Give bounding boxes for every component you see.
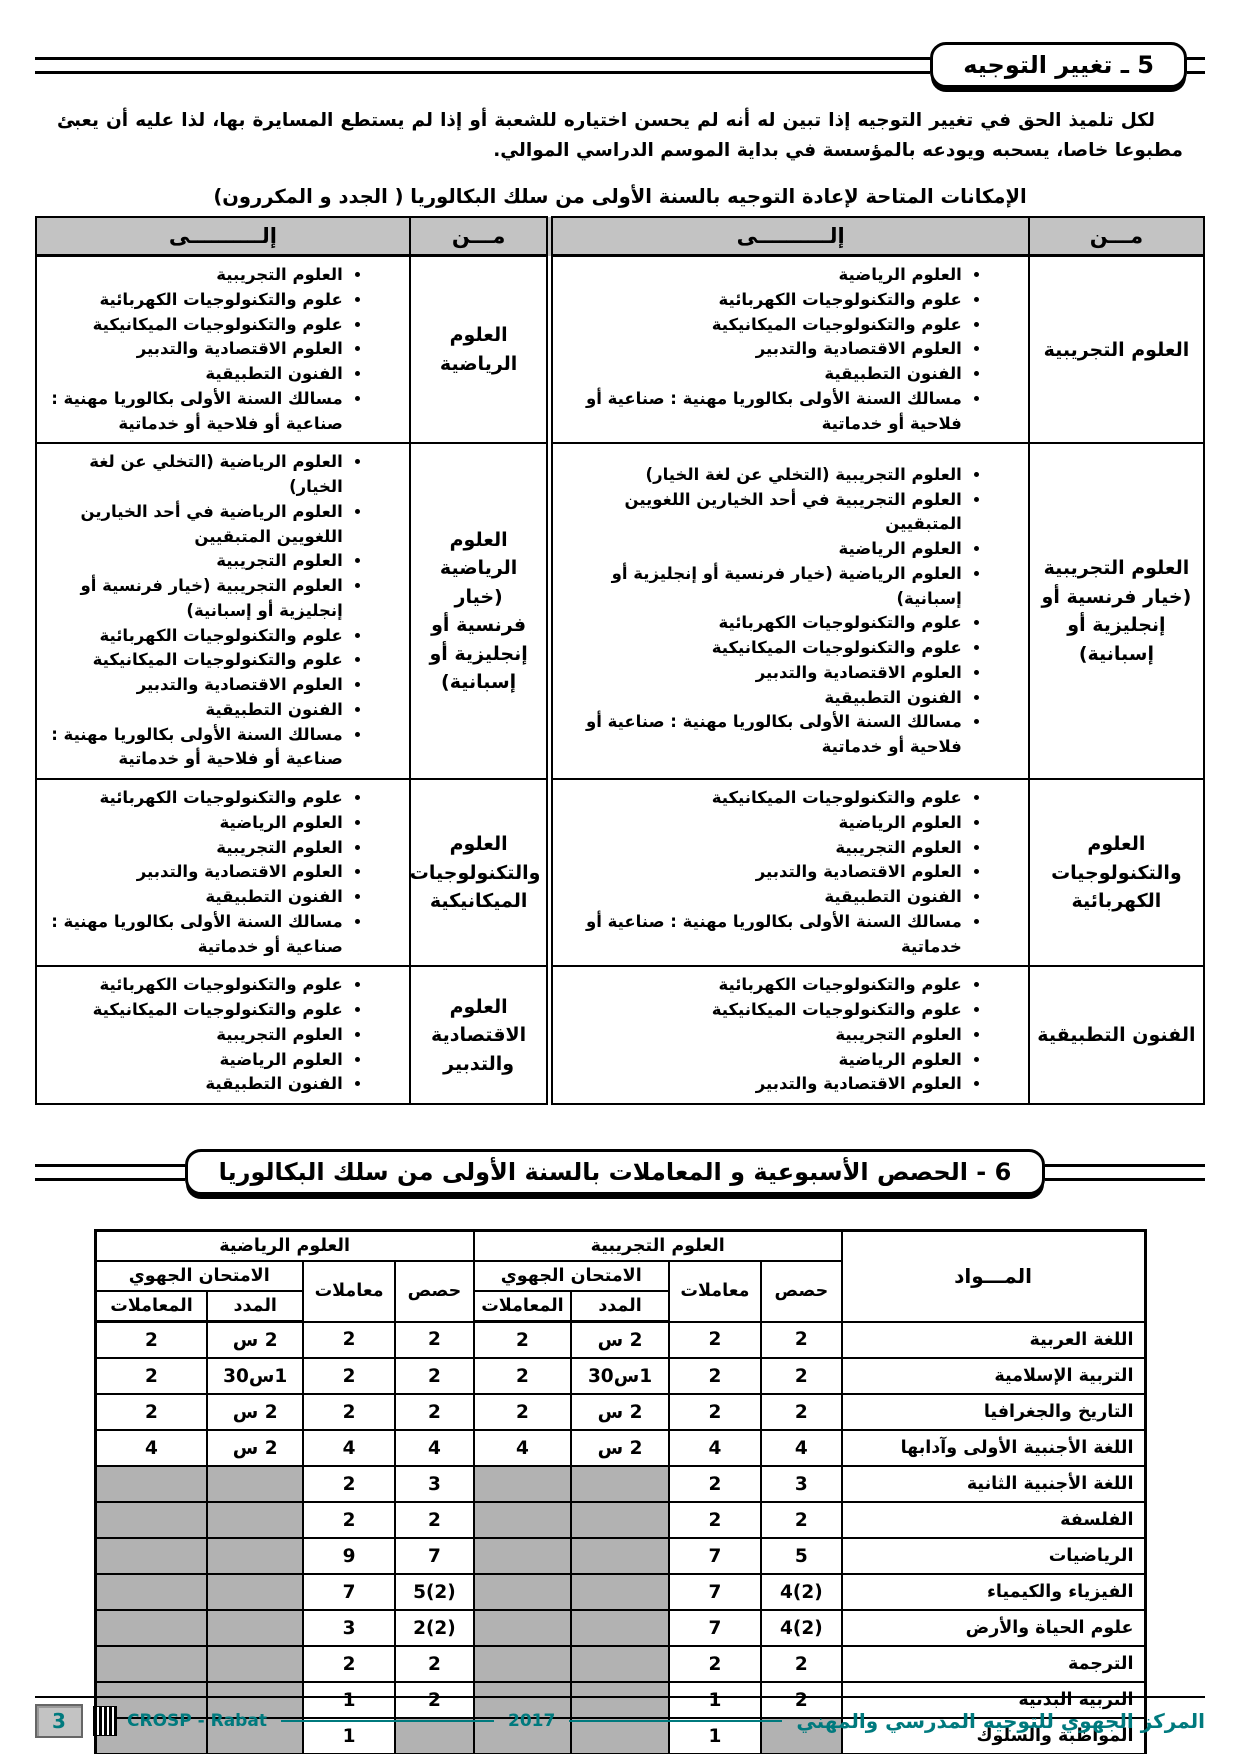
- value-cell: 2: [761, 1502, 842, 1538]
- coeff-header: معاملات: [669, 1261, 761, 1322]
- table-row: الفلسفة 2 2 2 2: [95, 1502, 1145, 1538]
- col-header-to-right: إلــــــــــى: [550, 217, 1029, 256]
- value-cell: 7: [303, 1574, 395, 1610]
- value-cell: 2: [474, 1358, 572, 1394]
- to-option: العلوم الاقتصادية والتدبير: [47, 673, 343, 698]
- to-option: العلوم الرياضية: [563, 537, 961, 562]
- to-option: علوم والتكنولوجيات الميكانيكية: [563, 636, 961, 661]
- footer-rule: [281, 1720, 494, 1722]
- value-cell: 3: [761, 1466, 842, 1502]
- table-row: اللغة الأجنبية الثانية 3 2 3 2: [95, 1466, 1145, 1502]
- table-row: التربية الإسلامية 2 2 1س30 2 2 2 1س30 2: [95, 1358, 1145, 1394]
- empty-cell: [571, 1574, 669, 1610]
- value-cell: 9: [303, 1538, 395, 1574]
- table-row: اللغة العربية 2 2 2 س 2 2 2 2 س 2: [95, 1322, 1145, 1359]
- table-row: الفنون التطبيقية علوم والتكنولوجيات الكه…: [36, 966, 1204, 1104]
- from-cell: العلوم الرياضية (خيار فرنسية أو إنجليزية…: [410, 443, 550, 779]
- value-cell: 2: [474, 1394, 572, 1430]
- to-option: العلوم الاقتصادية والتدبير: [563, 860, 961, 885]
- subject-cell: اللغة الأجنبية الثانية: [842, 1466, 1145, 1502]
- value-cell: 7: [669, 1574, 761, 1610]
- subject-cell: الرياضيات: [842, 1538, 1145, 1574]
- to-option: الفنون التطبيقية: [47, 362, 343, 387]
- to-cell: العلوم التجريبية (التخلي عن لغة الخيار) …: [550, 443, 1029, 779]
- value-cell: 2 س: [207, 1394, 302, 1430]
- footer-rule: [569, 1720, 782, 1722]
- barcode-icon: [93, 1706, 117, 1736]
- group-header-experimental: العلوم التجريبية: [474, 1231, 842, 1262]
- table-row: علوم الحياة والأرض 4(2) 7 2(2) 3: [95, 1610, 1145, 1646]
- value-cell: 2: [669, 1358, 761, 1394]
- double-rule-right: [1045, 1164, 1205, 1181]
- value-cell: 2 س: [207, 1430, 302, 1466]
- value-cell: 2: [395, 1646, 473, 1682]
- exam-coeff-header: المعاملات: [474, 1291, 572, 1322]
- value-cell: 4: [669, 1430, 761, 1466]
- to-cell: العلوم الرياضية (التخلي عن لغة الخيار) ا…: [36, 443, 410, 779]
- value-cell: 2: [669, 1646, 761, 1682]
- value-cell: 5(2): [395, 1574, 473, 1610]
- from-cell: العلوم التجريبية: [1029, 256, 1204, 444]
- value-cell: 2: [761, 1322, 842, 1359]
- to-option: العلوم الاقتصادية والتدبير: [47, 337, 343, 362]
- to-option: علوم والتكنولوجيات الكهربائية: [47, 973, 343, 998]
- empty-cell: [571, 1466, 669, 1502]
- to-option: علوم والتكنولوجيات الميكانيكية: [563, 998, 961, 1023]
- to-option: علوم والتكنولوجيات الكهربائية: [47, 288, 343, 313]
- subject-cell: الترجمة: [842, 1646, 1145, 1682]
- to-option: علوم والتكنولوجيات الكهربائية: [563, 288, 961, 313]
- empty-cell: [95, 1538, 207, 1574]
- empty-cell: [207, 1538, 302, 1574]
- value-cell: 2 س: [571, 1430, 669, 1466]
- empty-cell: [571, 1502, 669, 1538]
- from-cell: العلوم والتكنولوجيات الميكانيكية: [410, 779, 550, 966]
- table-row: العلوم التجريبية العلوم الرياضية علوم وا…: [36, 256, 1204, 444]
- value-cell: 4(2): [761, 1610, 842, 1646]
- value-cell: 2: [303, 1394, 395, 1430]
- double-rule-left: [35, 1164, 185, 1181]
- value-cell: 2: [474, 1322, 572, 1359]
- subject-cell: اللغة الأجنبية الأولى وآدابها: [842, 1430, 1145, 1466]
- to-option: مسالك السنة الأولى بكالوريا مهنية : صناع…: [47, 910, 343, 960]
- col-header-from-left: مـــن: [410, 217, 550, 256]
- page-footer: 3 CROSP - Rabat 2017 المركز الجهوي للتوج…: [35, 1696, 1205, 1738]
- to-option: العلوم الرياضية في أحد الخيارين اللغويين…: [47, 500, 343, 550]
- value-cell: 4: [474, 1430, 572, 1466]
- empty-cell: [571, 1538, 669, 1574]
- subject-cell: التاريخ والجغرافيا: [842, 1394, 1145, 1430]
- to-option: العلوم الرياضية: [47, 811, 343, 836]
- to-list: علوم والتكنولوجيات الكهربائية علوم والتك…: [559, 973, 1019, 1097]
- to-option: الفنون التطبيقية: [563, 362, 961, 387]
- footer-center-label: CROSP - Rabat: [127, 1711, 267, 1731]
- from-cell: العلوم الرياضية: [410, 256, 550, 444]
- to-list: العلوم التجريبية علوم والتكنولوجيات الكه…: [43, 263, 401, 436]
- document-page: 5 ـ تغيير التوجيه لكل تلميذ الحق في تغيي…: [0, 0, 1240, 1754]
- empty-cell: [207, 1574, 302, 1610]
- value-cell: 2: [303, 1322, 395, 1359]
- from-cell: الفنون التطبيقية: [1029, 966, 1204, 1104]
- col-header-from-right: مـــن: [1029, 217, 1204, 256]
- to-option: العلوم التجريبية: [563, 1023, 961, 1048]
- table-row: الترجمة 2 2 2 2: [95, 1646, 1145, 1682]
- value-cell: 1س30: [571, 1358, 669, 1394]
- reorientation-table: مـــن إلــــــــــى مـــن إلــــــــــى …: [35, 216, 1205, 1105]
- subject-cell: الفلسفة: [842, 1502, 1145, 1538]
- to-option: العلوم التجريبية (خيار فرنسية أو إنجليزي…: [47, 574, 343, 624]
- value-cell: 2: [669, 1394, 761, 1430]
- value-cell: 2: [95, 1322, 207, 1359]
- page-number: 3: [35, 1704, 83, 1738]
- value-cell: 2: [761, 1394, 842, 1430]
- value-cell: 3: [303, 1610, 395, 1646]
- to-option: علوم والتكنولوجيات الميكانيكية: [47, 998, 343, 1023]
- value-cell: 2: [303, 1646, 395, 1682]
- empty-cell: [207, 1502, 302, 1538]
- value-cell: 2: [95, 1358, 207, 1394]
- empty-cell: [474, 1646, 572, 1682]
- to-option: مسالك السنة الأولى بكالوريا مهنية : صناع…: [563, 710, 961, 760]
- subject-cell: التربية الإسلامية: [842, 1358, 1145, 1394]
- empty-cell: [95, 1502, 207, 1538]
- empty-cell: [474, 1574, 572, 1610]
- to-option: مسالك السنة الأولى بكالوريا مهنية : صناع…: [563, 910, 961, 960]
- value-cell: 4(2): [761, 1574, 842, 1610]
- value-cell: 2: [669, 1502, 761, 1538]
- reorientation-table-title: الإمكانات المتاحة لإعادة التوجيه بالسنة …: [35, 185, 1205, 208]
- to-option: مسالك السنة الأولى بكالوريا مهنية : صناع…: [47, 387, 343, 437]
- value-cell: 2: [395, 1358, 473, 1394]
- value-cell: 2 س: [571, 1322, 669, 1359]
- to-option: العلوم الرياضية: [47, 1048, 343, 1073]
- value-cell: 2: [303, 1466, 395, 1502]
- value-cell: 5: [761, 1538, 842, 1574]
- empty-cell: [95, 1610, 207, 1646]
- to-cell: علوم والتكنولوجيات الكهربائية علوم والتك…: [550, 966, 1029, 1104]
- empty-cell: [95, 1466, 207, 1502]
- table-row: الفيزياء والكيمياء 4(2) 7 5(2) 7: [95, 1574, 1145, 1610]
- footer-right-label: المركز الجهوي للتوجيه المدرسي والمهني: [796, 1709, 1205, 1733]
- table-row: اللغة الأجنبية الأولى وآدابها 4 4 2 س 4 …: [95, 1430, 1145, 1466]
- to-option: علوم والتكنولوجيات الكهربائية: [563, 973, 961, 998]
- subject-cell: اللغة العربية: [842, 1322, 1145, 1359]
- empty-cell: [474, 1466, 572, 1502]
- value-cell: 4: [95, 1430, 207, 1466]
- from-cell: العلوم الاقتصادية والتدبير: [410, 966, 550, 1104]
- to-option: العلوم التجريبية: [47, 549, 343, 574]
- to-cell: علوم والتكنولوجيات الكهربائية علوم والتك…: [36, 966, 410, 1104]
- value-cell: 2(2): [395, 1610, 473, 1646]
- to-option: الفنون التطبيقية: [47, 885, 343, 910]
- value-cell: 2: [761, 1646, 842, 1682]
- to-option: العلوم التجريبية: [47, 836, 343, 861]
- to-option: علوم والتكنولوجيات الكهربائية: [47, 786, 343, 811]
- value-cell: 2: [303, 1502, 395, 1538]
- double-rule-left: [35, 57, 930, 74]
- regional-exam-header: الامتحان الجهوي: [474, 1261, 669, 1291]
- to-list: العلوم التجريبية (التخلي عن لغة الخيار) …: [559, 463, 1019, 760]
- empty-cell: [474, 1502, 572, 1538]
- empty-cell: [95, 1574, 207, 1610]
- value-cell: 2: [669, 1322, 761, 1359]
- to-option: العلوم الرياضية (التخلي عن لغة الخيار): [47, 450, 343, 500]
- to-option: مسالك السنة الأولى بكالوريا مهنية : صناع…: [563, 387, 961, 437]
- col-header-to-left: إلــــــــــى: [36, 217, 410, 256]
- to-option: العلوم الرياضية: [563, 1048, 961, 1073]
- duration-header: المدد: [207, 1291, 302, 1322]
- hours-coefficients-table: المـــواد العلوم التجريبية العلوم الرياض…: [94, 1229, 1147, 1754]
- empty-cell: [207, 1610, 302, 1646]
- to-option: العلوم الاقتصادية والتدبير: [563, 337, 961, 362]
- table-row: التاريخ والجغرافيا 2 2 2 س 2 2 2 2 س 2: [95, 1394, 1145, 1430]
- to-cell: علوم والتكنولوجيات الكهربائية العلوم الر…: [36, 779, 410, 966]
- to-option: العلوم التجريبية: [47, 263, 343, 288]
- to-list: العلوم الرياضية (التخلي عن لغة الخيار) ا…: [43, 450, 401, 772]
- to-option: العلوم التجريبية (التخلي عن لغة الخيار): [563, 463, 961, 488]
- to-option: العلوم الاقتصادية والتدبير: [563, 1072, 961, 1097]
- to-option: علوم والتكنولوجيات الميكانيكية: [563, 313, 961, 338]
- coeff-header: معاملات: [303, 1261, 395, 1322]
- to-option: علوم والتكنولوجيات الكهربائية: [563, 611, 961, 636]
- to-list: العلوم الرياضية علوم والتكنولوجيات الكهر…: [559, 263, 1019, 436]
- regional-exam-header: الامتحان الجهوي: [95, 1261, 303, 1291]
- to-option: علوم والتكنولوجيات الكهربائية: [47, 624, 343, 649]
- hours-header: حصص: [395, 1261, 473, 1322]
- double-rule-right: [1187, 57, 1205, 74]
- value-cell: 7: [395, 1538, 473, 1574]
- empty-cell: [474, 1610, 572, 1646]
- value-cell: 2: [395, 1394, 473, 1430]
- to-option: العلوم الرياضية (خيار فرنسية أو إنجليزية…: [563, 562, 961, 612]
- table-row: العلوم والتكنولوجيات الكهربائية علوم وال…: [36, 779, 1204, 966]
- value-cell: 4: [395, 1430, 473, 1466]
- subject-cell: الفيزياء والكيمياء: [842, 1574, 1145, 1610]
- empty-cell: [571, 1610, 669, 1646]
- group-header-row: المـــواد العلوم التجريبية العلوم الرياض…: [95, 1231, 1145, 1262]
- to-option: العلوم التجريبية في أحد الخيارين اللغويي…: [563, 488, 961, 538]
- value-cell: 3: [395, 1466, 473, 1502]
- table-header-row: مـــن إلــــــــــى مـــن إلــــــــــى: [36, 217, 1204, 256]
- duration-header: المدد: [571, 1291, 669, 1322]
- footer-year: 2017: [508, 1711, 555, 1731]
- empty-cell: [95, 1646, 207, 1682]
- to-option: مسالك السنة الأولى بكالوريا مهنية : صناع…: [47, 723, 343, 773]
- value-cell: 4: [761, 1430, 842, 1466]
- to-option: العلوم الرياضية: [563, 263, 961, 288]
- intro-paragraph: لكل تلميذ الحق في تغيير التوجيه إذا تبين…: [57, 106, 1183, 165]
- value-cell: 2: [669, 1466, 761, 1502]
- to-option: الفنون التطبيقية: [563, 686, 961, 711]
- to-option: الفنون التطبيقية: [47, 698, 343, 723]
- empty-cell: [207, 1466, 302, 1502]
- exam-coeff-header: المعاملات: [95, 1291, 207, 1322]
- to-option: العلوم التجريبية: [47, 1023, 343, 1048]
- value-cell: 2 س: [571, 1394, 669, 1430]
- value-cell: 2: [395, 1502, 473, 1538]
- subject-cell: علوم الحياة والأرض: [842, 1610, 1145, 1646]
- value-cell: 2: [761, 1358, 842, 1394]
- value-cell: 7: [669, 1538, 761, 1574]
- value-cell: 2: [303, 1358, 395, 1394]
- to-list: علوم والتكنولوجيات الكهربائية العلوم الر…: [43, 786, 401, 959]
- subjects-header: المـــواد: [842, 1231, 1145, 1322]
- to-cell: علوم والتكنولوجيات الميكانيكية العلوم ال…: [550, 779, 1029, 966]
- to-option: علوم والتكنولوجيات الميكانيكية: [47, 313, 343, 338]
- to-list: علوم والتكنولوجيات الكهربائية علوم والتك…: [43, 973, 401, 1097]
- value-cell: 4: [303, 1430, 395, 1466]
- value-cell: 7: [669, 1610, 761, 1646]
- empty-cell: [571, 1646, 669, 1682]
- to-cell: العلوم التجريبية علوم والتكنولوجيات الكه…: [36, 256, 410, 444]
- table-row: العلوم التجريبية (خيار فرنسية أو إنجليزي…: [36, 443, 1204, 779]
- to-option: العلوم التجريبية: [563, 836, 961, 861]
- section6-title: 6 - الحصص الأسبوعية و المعاملات بالسنة ا…: [185, 1149, 1045, 1195]
- section5-header: 5 ـ تغيير التوجيه: [35, 42, 1205, 88]
- hours-header: حصص: [761, 1261, 842, 1322]
- section6-header: 6 - الحصص الأسبوعية و المعاملات بالسنة ا…: [35, 1149, 1205, 1195]
- value-cell: 1س30: [207, 1358, 302, 1394]
- to-option: علوم والتكنولوجيات الميكانيكية: [563, 786, 961, 811]
- from-cell: العلوم التجريبية (خيار فرنسية أو إنجليزي…: [1029, 443, 1204, 779]
- to-option: العلوم الاقتصادية والتدبير: [563, 661, 961, 686]
- empty-cell: [207, 1646, 302, 1682]
- to-option: الفنون التطبيقية: [563, 885, 961, 910]
- group-header-mathematical: العلوم الرياضية: [95, 1231, 474, 1262]
- to-list: علوم والتكنولوجيات الميكانيكية العلوم ال…: [559, 786, 1019, 959]
- to-option: الفنون التطبيقية: [47, 1072, 343, 1097]
- value-cell: 2 س: [207, 1322, 302, 1359]
- from-cell: العلوم والتكنولوجيات الكهربائية: [1029, 779, 1204, 966]
- to-option: العلوم الرياضية: [563, 811, 961, 836]
- section5-title: 5 ـ تغيير التوجيه: [930, 42, 1187, 88]
- to-option: العلوم الاقتصادية والتدبير: [47, 860, 343, 885]
- empty-cell: [474, 1538, 572, 1574]
- value-cell: 2: [95, 1394, 207, 1430]
- to-cell: العلوم الرياضية علوم والتكنولوجيات الكهر…: [550, 256, 1029, 444]
- to-option: علوم والتكنولوجيات الميكانيكية: [47, 648, 343, 673]
- table-row: الرياضيات 5 7 7 9: [95, 1538, 1145, 1574]
- value-cell: 2: [395, 1322, 473, 1359]
